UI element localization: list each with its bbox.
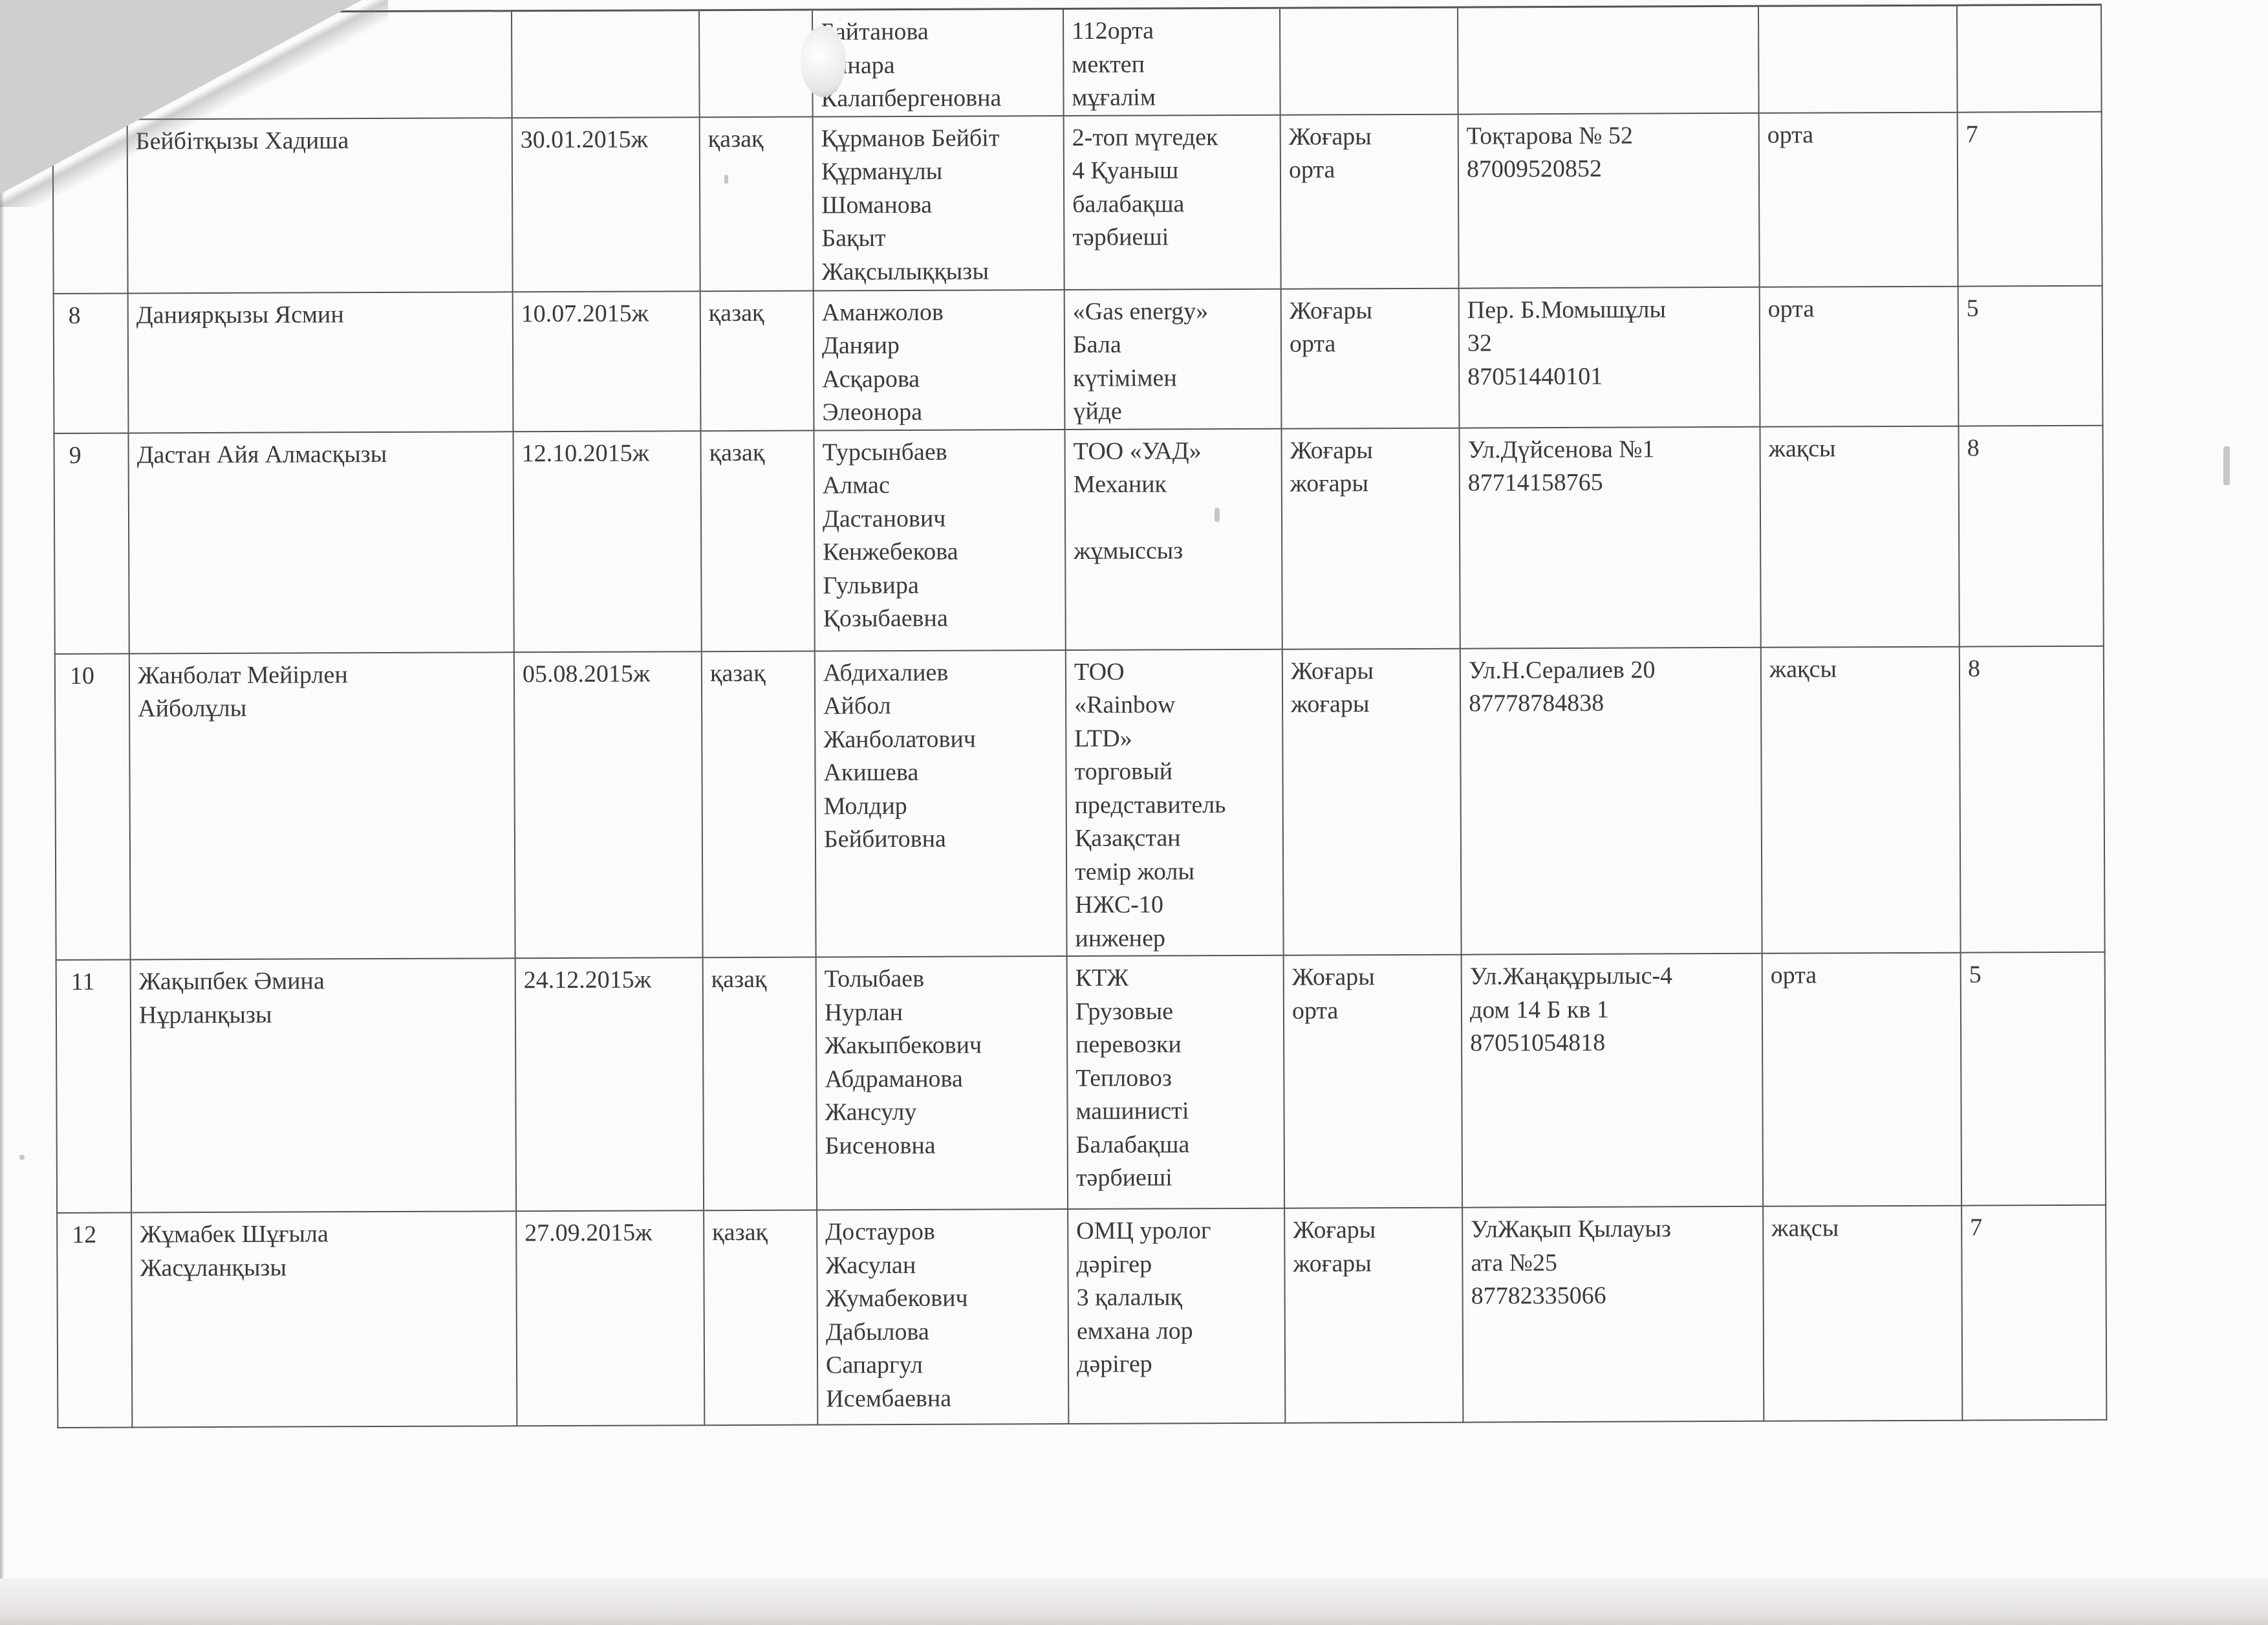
table-row: 9Дастан Айя Алмасқызы12.10.2015жқазақТур… xyxy=(54,425,2104,653)
parents-work-cell: КТЖ Грузовые перевозки Тепловоз машинист… xyxy=(1067,955,1284,1209)
family-size-cell: 5 xyxy=(1961,952,2106,1206)
table-row: 12Жұмабек Шұғыла Жасұланқызы27.09.2015жқ… xyxy=(57,1205,2106,1428)
family-size-cell: 5 xyxy=(1958,285,2103,426)
address-phone-cell: УлЖақып Қылауыз ата №25 87782335066 xyxy=(1462,1206,1764,1423)
row-number-cell: 9 xyxy=(54,433,129,653)
social-status-cell: жақсы xyxy=(1761,646,1961,954)
nationality-cell: қазақ xyxy=(702,651,816,957)
family-size-cell: 8 xyxy=(1958,425,2103,646)
punch-hole xyxy=(801,26,846,97)
social-status-cell: орта xyxy=(1762,953,1961,1206)
address-phone-cell: Ул.Н.Сералиев 20 87778784838 xyxy=(1460,647,1762,954)
family-size-cell: 7 xyxy=(1961,1205,2106,1421)
row-number-cell: 8 xyxy=(54,293,129,433)
scan-speck xyxy=(19,1155,25,1160)
address-phone-cell: Пер. Б.Момышұлы 32 87051440101 xyxy=(1459,287,1760,428)
education-cell: Жоғары орта xyxy=(1281,288,1460,428)
parents-names-cell: Аманжолов Даняир Асқарова Элеонора xyxy=(814,289,1065,430)
nationality-cell: қазақ xyxy=(700,116,814,291)
parents-names-cell: Достауров Жасулан Жумабекович Дабылова С… xyxy=(817,1209,1068,1424)
education-cell: Жоғары жоғары xyxy=(1284,1208,1463,1423)
social-status-cell: жақсы xyxy=(1760,426,1959,647)
family-size-cell xyxy=(1957,5,2102,112)
social-status-cell xyxy=(1758,5,1958,113)
parents-names-cell: Байтанова ▯инара Калапбергеновна xyxy=(812,8,1064,116)
birth-date-cell: 12.10.2015ж xyxy=(513,431,701,652)
child-name-cell: Дастан Айя Алмасқызы xyxy=(129,431,514,653)
address-phone-cell: Ул.Жаңақұрылыс-4 дом 14 Б кв 1 870510548… xyxy=(1462,954,1763,1208)
address-phone-cell xyxy=(1458,6,1759,114)
children-register-table: Байтанова ▯инара Калапбергеновна112орта … xyxy=(52,4,2107,1428)
scan-speck xyxy=(724,175,728,184)
nationality-cell xyxy=(699,10,813,117)
nationality-cell: қазақ xyxy=(700,430,814,651)
row-number-cell: 11 xyxy=(56,960,132,1213)
address-phone-cell: Тоқтарова № 52 87009520852 xyxy=(1458,113,1760,288)
education-cell: Жоғары жоғары xyxy=(1282,648,1462,955)
education-cell: Жоғары орта xyxy=(1284,955,1462,1208)
education-cell: Жоғары орта xyxy=(1280,114,1459,289)
parents-work-cell: ТОО «Rainbow LTD» торговый представитель… xyxy=(1066,649,1284,956)
parents-work-cell: 2-топ мүгедек 4 Қуаныш балабақша тәрбиеш… xyxy=(1064,115,1281,289)
folded-corner xyxy=(0,0,362,194)
social-status-cell: орта xyxy=(1759,112,1958,287)
education-cell xyxy=(1280,7,1458,115)
nationality-cell: қазақ xyxy=(703,957,817,1210)
birth-date-cell xyxy=(512,10,700,118)
row-number-cell: 12 xyxy=(57,1213,132,1428)
parents-names-cell: Құрманов Бейбіт Құрманұлы Шоманова Бақыт… xyxy=(813,115,1064,290)
parents-work-cell: «Gas energy» Бала күтімімен үйде xyxy=(1064,289,1282,429)
child-name-cell: Жанболат Мейірлен Айболұлы xyxy=(129,652,515,960)
child-name-cell: Жақыпбек Әмина Нұрланқызы xyxy=(131,958,516,1212)
birth-date-cell: 30.01.2015ж xyxy=(512,117,700,292)
child-name-cell: Жұмабек Шұғыла Жасұланқызы xyxy=(131,1211,517,1427)
data-table: Байтанова ▯инара Калапбергеновна112орта … xyxy=(52,4,2107,1428)
table-row: 8Даниярқызы Ясмин10.07.2015жқазақАманжол… xyxy=(54,285,2103,433)
parents-work-cell: 112орта мектеп мұғалім xyxy=(1063,8,1280,115)
parents-names-cell: Турсынбаев Алмас Дастанович Кенжебекова … xyxy=(814,429,1065,650)
parents-names-cell: Толыбаев Нурлан Жакыпбекович Абдраманова… xyxy=(816,956,1068,1210)
page-left-edge xyxy=(0,0,4,1625)
table-row: 10Жанболат Мейірлен Айболұлы05.08.2015жқ… xyxy=(55,646,2105,960)
table-row: 11Жақыпбек Әмина Нұрланқызы24.12.2015жқа… xyxy=(56,952,2106,1213)
parents-names-cell: Абдихалиев Айбол Жанболатович Акишева Мо… xyxy=(815,649,1067,957)
family-size-cell: 7 xyxy=(1958,111,2102,286)
parents-work-cell: ОМЦ уролог дәрігер 3 қалалық емхана лор … xyxy=(1068,1208,1285,1424)
nationality-cell: қазақ xyxy=(704,1210,817,1425)
birth-date-cell: 27.09.2015ж xyxy=(516,1210,704,1426)
birth-date-cell: 05.08.2015ж xyxy=(514,651,703,959)
scan-speck xyxy=(2223,446,2230,485)
child-name-cell: Даниярқызы Ясмин xyxy=(128,292,513,433)
birth-date-cell: 24.12.2015ж xyxy=(515,957,704,1211)
parents-work-cell: ТОО «УАД» Механик жұмыссыз xyxy=(1064,428,1282,649)
family-size-cell: 8 xyxy=(1960,646,2105,952)
page-bottom-edge xyxy=(0,1578,2268,1625)
scan-speck xyxy=(1215,508,1220,522)
birth-date-cell: 10.07.2015ж xyxy=(513,291,701,431)
address-phone-cell: Ул.Дүйсенова №1 87714158765 xyxy=(1459,426,1760,648)
social-status-cell: жақсы xyxy=(1763,1206,1962,1421)
education-cell: Жоғары жоғары xyxy=(1281,428,1460,649)
social-status-cell: орта xyxy=(1760,286,1959,426)
nationality-cell: қазақ xyxy=(700,290,814,431)
row-number-cell: 10 xyxy=(55,653,131,960)
